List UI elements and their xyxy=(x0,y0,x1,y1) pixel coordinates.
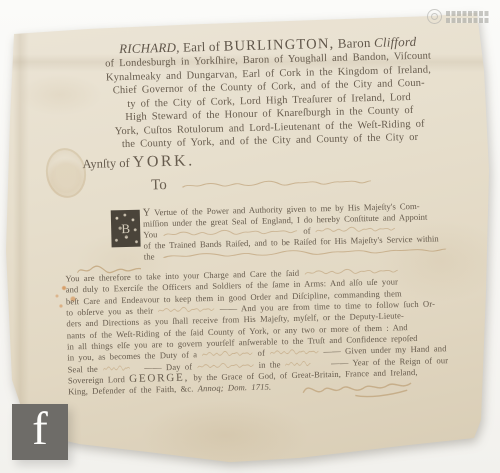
logo-letter: f xyxy=(32,406,48,453)
parchment-document: RICHARD, Earl of BURLINGTON, Baron Cliff… xyxy=(0,0,500,473)
fill-in-rule: —— xyxy=(331,357,349,367)
commission-paragraph: Y Vertue of the Power and Authority give… xyxy=(143,200,476,263)
handwritten-scribble xyxy=(303,265,399,277)
title-clifford: Clifford xyxy=(374,34,417,50)
handwritten-scribble xyxy=(201,348,253,359)
fill-in-rule: —— xyxy=(144,362,162,372)
photo-backdrop: RICHARD, Earl of BURLINGTON, Baron Cliff… xyxy=(0,0,500,473)
handwritten-scribble xyxy=(102,362,140,373)
handwritten-scribble xyxy=(314,223,396,235)
signature-scribble xyxy=(297,373,420,407)
fill-in-rule: —— xyxy=(220,303,238,313)
york-caps: YORK. xyxy=(133,152,195,171)
watermark xyxy=(427,9,490,24)
document-content: RICHARD, Earl of BURLINGTON, Baron Cliff… xyxy=(0,0,500,473)
handwritten-scribble xyxy=(157,304,215,315)
watermark-text-bars xyxy=(446,11,490,23)
anno-domini: Annoq; Dom. 1715. xyxy=(198,382,272,394)
parchment-surface: RICHARD, Earl of BURLINGTON, Baron Cliff… xyxy=(0,0,500,473)
to-line: To xyxy=(151,172,374,194)
auction-logo: f xyxy=(12,404,68,460)
to-label: To xyxy=(151,177,167,194)
document-heading: RICHARD, Earl of BURLINGTON, Baron Cliff… xyxy=(64,33,475,173)
handwritten-scribble xyxy=(285,358,327,369)
handwritten-scribble xyxy=(196,360,254,371)
handwritten-scribble xyxy=(269,347,319,358)
fill-in-rule: —— xyxy=(323,346,341,356)
king-george-name: GEORGE, xyxy=(129,372,189,385)
handwritten-scribble xyxy=(179,175,374,190)
woodcut-initial: B xyxy=(111,210,141,248)
name-richard: RICHARD, xyxy=(119,40,180,56)
watermark-circle-icon xyxy=(427,9,442,24)
